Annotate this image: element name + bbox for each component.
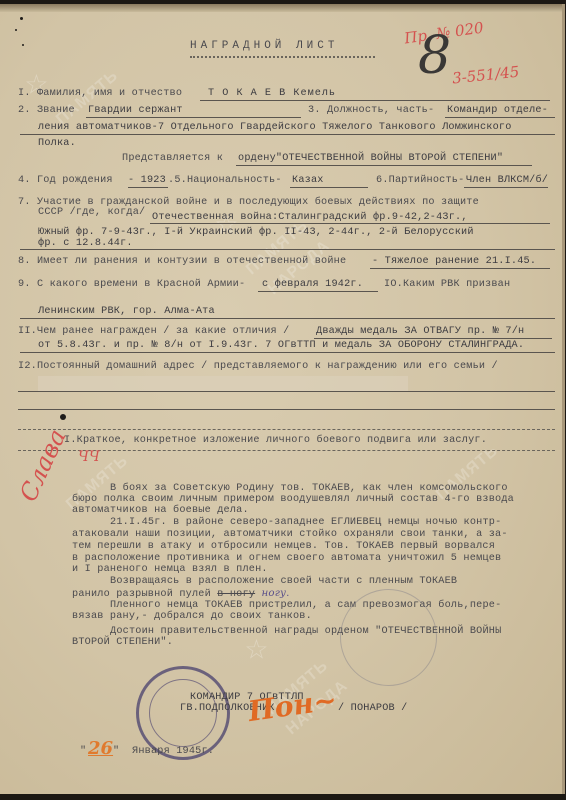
- field-11-label: II.Чем ранее награжден / за какие отличи…: [18, 326, 289, 337]
- field-4-underline: [128, 187, 168, 188]
- narrative-line: и I раненого немца взял в плен.: [72, 564, 268, 575]
- title-underline: [190, 56, 375, 58]
- narrative-line: ВТОРОЙ СТЕПЕНИ".: [72, 637, 173, 648]
- field-1-value: Т О К А Е В Кемель: [208, 88, 336, 99]
- field-6-value: Член ВЛКСМ/б/: [466, 175, 548, 186]
- field-2-label: 2. Звание: [18, 105, 75, 116]
- field-12-underline: [18, 391, 555, 392]
- margin-annotation-slava: Слава: [14, 425, 72, 506]
- register-number-annotation: 3-551/45: [451, 63, 520, 88]
- ink-blot: [60, 414, 66, 420]
- field-7-value-line-3: фр. с 12.8.44г.: [38, 238, 133, 249]
- field-3-value-line-1: Командир отделе-: [447, 105, 548, 116]
- section-heading: I.Краткое, конкретное изложение личного …: [64, 435, 487, 446]
- field-7-value-line-1: Отечественная война:Сталинградский фр.9-…: [152, 212, 468, 223]
- narrative-line: в расположение противника и огнем своего…: [72, 553, 501, 564]
- field-11-value-line-1: Дважды медаль ЗА ОТВАГУ пр. № 7/н: [316, 326, 524, 337]
- field-3-underline: [445, 117, 555, 118]
- field-4-value: - 1923: [128, 175, 166, 186]
- narrative-line: Возвращаясь в расположение своей части с…: [110, 576, 457, 587]
- field-9-label: 9. С какого времени в Красной Армии-: [18, 279, 245, 290]
- narrative-line: бюро полка своим личным примером воодуше…: [72, 494, 514, 505]
- field-7-underline: [150, 223, 550, 224]
- punch-mark: [15, 29, 17, 31]
- field-12-underline: [18, 409, 555, 410]
- field-8-value: - Тяжелое ранение 21.I.45.: [372, 256, 536, 267]
- field-9-value: с февраля 1942г.: [262, 279, 363, 290]
- date-day-handwritten: 26: [88, 738, 113, 759]
- narrative-line: автоматчиков на боевые дела.: [72, 505, 249, 516]
- nominated-underline: [236, 165, 532, 166]
- field-12-label: I2.Постоянный домашний адрес / представл…: [18, 361, 498, 372]
- narrative-line: Пленного немца ТОКАЕВ пристрелил, а сам …: [110, 600, 501, 611]
- field-1-label: I. Фамилия, имя и отчество: [18, 88, 182, 99]
- field-1-underline: [200, 100, 550, 101]
- pencil-number-annotation: 8: [418, 26, 451, 86]
- field-3-value-line-2: ления автоматчиков-7 Отдельного Гвардейс…: [38, 122, 512, 133]
- field-2-underline: [86, 117, 301, 118]
- field-3-underline: [20, 134, 555, 135]
- narrative-line: тем перешли в атаку и отбросили немцев. …: [72, 541, 495, 552]
- handwritten-correction: ногу.: [261, 588, 289, 599]
- nominated-label: Представляется к: [122, 153, 223, 164]
- date-month-year: Января 1945г.: [132, 746, 214, 757]
- award-sheet: ☆ ПАМЯТЬ ☆ ПАМЯТЬ НАРОДА ПАМЯТЬ ПАМЯТЬ ☆…: [0, 4, 565, 794]
- document-title: НАГРАДНОЙ ЛИСТ: [190, 40, 338, 52]
- nominated-award: ордену"ОТЕЧЕСТВЕННОЙ ВОЙНЫ ВТОРОЙ СТЕПЕН…: [238, 153, 503, 164]
- margin-annotation-number: ЧЧ: [78, 449, 100, 465]
- struck-text: в ногу: [217, 589, 255, 600]
- field-5-label: .5.Национальность-: [168, 175, 282, 186]
- field-10-label: IO.Каким РВК призван: [384, 279, 510, 290]
- date-quote-close: ": [113, 746, 119, 757]
- punch-mark: [20, 17, 23, 20]
- field-8-label: 8. Имеет ли ранения и контузии в отечест…: [18, 256, 346, 267]
- field-10-value: Ленинским РВК, гор. Алма-Ата: [38, 306, 215, 317]
- field-9-underline: [258, 291, 378, 292]
- field-4-label: 4. Год рождения: [18, 175, 113, 186]
- punch-mark: [22, 44, 24, 46]
- field-3-value-line-3: Полка.: [38, 138, 76, 149]
- narrative-line: В боях за Советскую Родину тов. ТОКАЕВ, …: [110, 483, 508, 494]
- narrative-line: атаковали наши позиции, автоматчики стой…: [72, 529, 508, 540]
- narrative-line: вязав рану,- добрался до своих танков.: [72, 611, 312, 622]
- field-10-underline: [20, 318, 555, 319]
- field-5-underline: [290, 187, 368, 188]
- field-6-underline: [464, 187, 548, 188]
- narrative-text: ранило разрывной пулей: [72, 589, 211, 600]
- date-quote-open: ": [80, 746, 86, 757]
- field-3-label: 3. Должность, часть-: [308, 105, 434, 116]
- field-7-value-line-2: Южный фр. 7-9-43г., I-й Украинский фр. I…: [38, 227, 474, 238]
- field-11-underline: [314, 338, 552, 339]
- narrative-line: Достоин правительственной награды ордено…: [110, 626, 501, 637]
- narrative-line: 21.I.45г. в районе северо-западнее ЕГЛИЕ…: [110, 517, 501, 528]
- field-7-label-line-2: СССР /где, когда/: [38, 207, 145, 218]
- section-divider: [18, 429, 555, 430]
- handwritten-signature: Пон~: [246, 683, 339, 728]
- field-11-value-line-2: от 5.8.43г. и пр. № 8/н от I.9.43г. 7 ОГ…: [38, 340, 524, 351]
- field-7-underline: [20, 249, 555, 250]
- field-5-value: Казах: [292, 175, 324, 186]
- faded-stamp: [340, 589, 437, 686]
- narrative-line-with-correction: ранило разрывной пулей в ногу ногу.: [72, 588, 290, 600]
- redacted-address-area: [38, 376, 408, 392]
- signature-name: / ПОНАРОВ /: [338, 703, 407, 714]
- field-2-value: Гвардии сержант: [88, 105, 183, 116]
- field-8-underline: [370, 268, 550, 269]
- field-11-underline: [20, 352, 555, 353]
- field-6-label: 6.Партийность-: [376, 175, 464, 186]
